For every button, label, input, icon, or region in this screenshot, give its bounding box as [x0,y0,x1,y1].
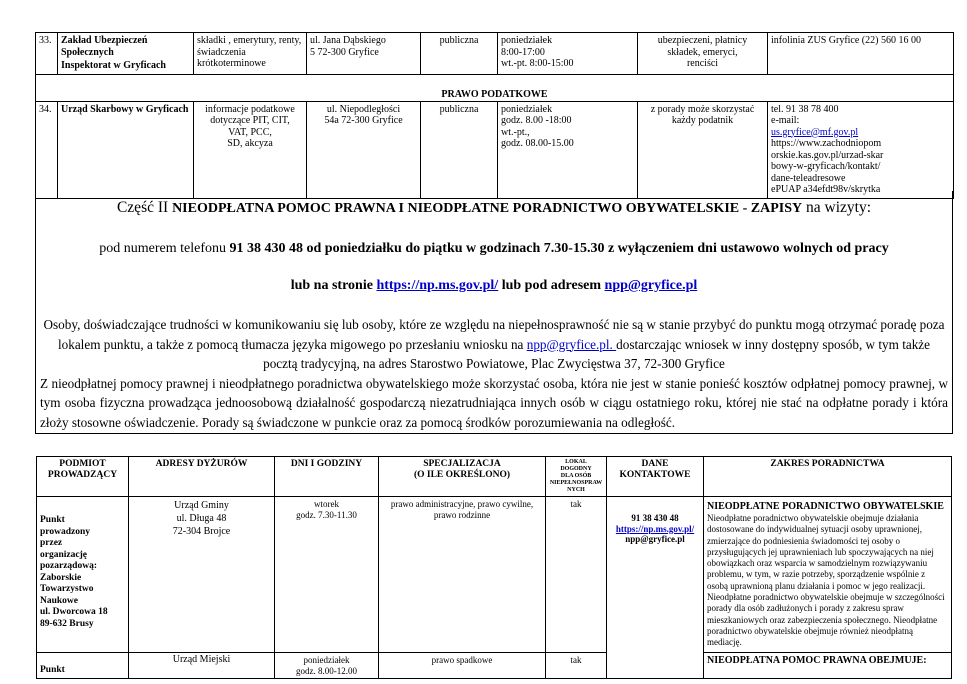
hours-line: wt.-pt. 8:00-15:00 [501,58,634,70]
contact-cell: infolinia ZUS Gryfice (22) 560 16 00 [768,33,954,75]
row-number: 34. [36,101,58,198]
scope-heading: NIEODPŁATNE PORADNICTWO OBYWATELSKIE [707,501,948,513]
for-whom-line: każdy podatnik [641,115,764,127]
title-prefix: Część II [117,199,172,216]
eligibility-paragraph: Z nieodpłatnej pomocy prawnej i nieodpła… [40,374,948,433]
hours-line: poniedziałek [278,655,375,666]
address-line: 72-304 Brojce [132,525,271,538]
for-whom-line: z porady może skorzystać [641,104,764,116]
operator-line: ul. Dworcowa 18 [40,607,125,619]
website-line: dane-teleadresowe [771,173,950,185]
table-row-34: 34. Urząd Skarbowy w Gryficach informacj… [36,101,954,198]
for-whom-cell: ubezpieczeni, płatnicy składek, emeryci,… [638,33,768,75]
header-line: NIEPEŁNOSPRAW [549,480,603,487]
header-contact: DANE KONTAKTOWE [607,457,704,497]
hours-cell: poniedziałek godz. 8.00 -18:00 wt.-pt., … [498,101,638,198]
request-email-link[interactable]: npp@gryfice.pl. [527,337,616,352]
header-line: PROWADZĄCY [40,470,125,481]
accessibility-paragraph: Osoby, doświadczające trudności w komuni… [40,315,948,374]
for-whom-line: składek, emeryci, [641,47,764,59]
hours-cell: wtorek godz. 7.30-11.30 [275,497,379,653]
header-specialization: SPECJALIZACJA (O ILE OKREŚLONO) [379,457,546,497]
operator-cell: Punkt [37,653,129,679]
header-line: KONTAKTOWE [610,470,700,481]
hours-line: poniedziałek [501,104,634,116]
contact-cell: tel. 91 38 78 400 e-mail: us.gryfice@mf.… [768,101,954,198]
institution-name: Zakład Ubezpieczeń Społecznych Inspektor… [58,33,194,75]
scope-line: dotyczące PIT, CIT, [197,115,303,127]
phone-hours: 91 38 430 48 od poniedziałku do piątku w… [230,241,889,256]
header-line: NYCH [549,487,603,494]
table-row: Punkt prowadzony przez organizację pozar… [37,497,952,653]
for-whom-cell: z porady może skorzystać każdy podatnik [638,101,768,198]
section-heading-row: PRAWO PODATKOWE [36,74,954,101]
institution-name: Urząd Skarbowy w Gryficach [58,101,194,198]
scope-cell: informacje podatkowe dotyczące PIT, CIT,… [194,101,307,198]
operator-line: 89-632 Brusy [40,619,125,631]
section-heading: PRAWO PODATKOWE [36,74,954,101]
booking-website-link[interactable]: https://np.ms.gov.pl/ [376,278,498,293]
hours-cell: poniedziałek godz. 8.00-12.00 [275,653,379,679]
contact-email: npp@gryfice.pl [610,534,700,545]
part-two-body: Osoby, doświadczające trudności w komuni… [40,315,948,432]
scope-line: składki , emerytury, renty, [197,35,303,47]
table-row-33: 33. Zakład Ubezpieczeń Społecznych Inspe… [36,33,954,75]
header-hours: DNI I GODZINY [275,457,379,497]
address-line: ul. Długa 48 [132,512,271,525]
scope-line: świadczenia [197,47,303,59]
contact-phone: 91 38 430 48 [610,513,700,524]
header-accessible: LOKAL DOGODNY DLA OSÓB NIEPEŁNOSPRAW NYC… [546,457,607,497]
name-line: Zakład Ubezpieczeń [61,35,190,47]
address-cell: Urząd Miejski [129,653,275,679]
scope-line: VAT, PCC, [197,127,303,139]
name-line: Społecznych [61,47,190,59]
operator-cell: Punkt prowadzony przez organizację pozar… [37,497,129,653]
email-link[interactable]: us.gryfice@mf.gov.pl [771,127,858,138]
web-prefix: lub na stronie [291,278,377,293]
hours-line: poniedziałek [501,35,634,47]
access-cell: publiczna [421,101,498,198]
address-line: ul. Jana Dąbskiego [310,35,417,47]
header-line: DANE [610,459,700,470]
address-cell: Urząd Gminy ul. Długa 48 72-304 Brojce [129,497,275,653]
part-two-box: Część II NIEODPŁATNA POMOC PRAWNA I NIEO… [35,191,953,434]
contact-website-link[interactable]: https://np.ms.gov.pl/ [616,524,694,534]
for-whom-line: ubezpieczeni, płatnicy [641,35,764,47]
hours-line: godz. 8.00-12.00 [278,666,375,677]
hours-line: 8:00-17:00 [501,47,634,59]
hours-line: godz. 08.00-15.00 [501,138,634,150]
address-line: 54a 72-300 Gryfice [310,115,417,127]
address-cell: ul. Jana Dąbskiego 5 72-300 Gryfice [307,33,421,75]
legal-aid-table: PODMIOT PROWADZĄCY ADRESY DYŻURÓW DNI I … [36,456,952,679]
scope-text: Nieodpłatne poradnictwo obywatelskie obe… [707,513,948,649]
operator-line: Punkt [40,515,125,527]
access-cell: publiczna [421,33,498,75]
scope-line: krótkoterminowe [197,58,303,70]
institutions-table: 33. Zakład Ubezpieczeń Społecznych Inspe… [35,32,954,199]
address-line: Urząd Gminy [132,499,271,512]
phone-prefix: pod numerem telefonu [99,241,229,256]
contact-cell: 91 38 430 48 https://np.ms.gov.pl/ npp@g… [607,497,704,679]
row-number: 33. [36,33,58,75]
hours-cell: poniedziałek 8:00-17:00 wt.-pt. 8:00-15:… [498,33,638,75]
for-whom-line: renciści [641,58,764,70]
name-line: Inspektorat w Gryficach [61,60,190,72]
web-middle: lub pod adresem [498,278,604,293]
accessible-cell: tak [546,497,607,653]
booking-web-line: lub na stronie https://np.ms.gov.pl/ lub… [36,278,952,294]
operator-line: Towarzystwo [40,584,125,596]
scope-heading: NIEODPŁATNA POMOC PRAWNA OBEJMUJE: [707,655,948,667]
booking-phone-line: pod numerem telefonu 91 38 430 48 od pon… [36,241,952,257]
website-line: bowy-w-gryficach/kontakt/ [771,161,950,173]
specialization-cell: prawo administracyjne, prawo cywilne, pr… [379,497,546,653]
operator-line: pozarządową: [40,561,125,573]
operator-line: przez [40,538,125,550]
header-line: PODMIOT [40,459,125,470]
scope-cell: składki , emerytury, renty, świadczenia … [194,33,307,75]
booking-email-link[interactable]: npp@gryfice.pl [605,278,698,293]
scope-cell: NIEODPŁATNA POMOC PRAWNA OBEJMUJE: [704,653,952,679]
accessible-cell: tak [546,653,607,679]
scope-line: informacje podatkowe [197,104,303,116]
scope-cell: NIEODPŁATNE PORADNICTWO OBYWATELSKIE Nie… [704,497,952,653]
header-addresses: ADRESY DYŻURÓW [129,457,275,497]
header-line: (O ILE OKREŚLONO) [382,470,542,481]
title-bold: NIEODPŁATNA POMOC PRAWNA I NIEODPŁATNE P… [172,201,802,216]
address-line: ul. Niepodległości [310,104,417,116]
header-row: PODMIOT PROWADZĄCY ADRESY DYŻURÓW DNI I … [37,457,952,497]
website-line: https://www.zachodniopom [771,138,950,150]
scope-line: SD, akcyza [197,138,303,150]
operator-line: organizację [40,550,125,562]
operator-line: prowadzony [40,527,125,539]
header-line: DLA OSÓB [549,473,603,480]
email-label: e-mail: [771,115,950,127]
operator-line: Zaborskie [40,573,125,585]
header-operator: PODMIOT PROWADZĄCY [37,457,129,497]
part-two-title: Część II NIEODPŁATNA POMOC PRAWNA I NIEO… [36,199,952,217]
header-scope: ZAKRES PORADNICTWA [704,457,952,497]
title-suffix: na wizyty: [802,199,871,216]
phone-text: tel. 91 38 78 400 [771,104,950,116]
address-line: 5 72-300 Gryfice [310,47,417,59]
website-line: orskie.kas.gov.pl/urzad-skar [771,150,950,162]
hours-line: godz. 8.00 -18:00 [501,115,634,127]
specialization-cell: prawo spadkowe [379,653,546,679]
operator-line: Naukowe [40,596,125,608]
address-cell: ul. Niepodległości 54a 72-300 Gryfice [307,101,421,198]
hours-line: godz. 7.30-11.30 [278,510,375,521]
hours-line: wt.-pt., [501,127,634,139]
hours-line: wtorek [278,499,375,510]
header-line: SPECJALIZACJA [382,459,542,470]
table-row: Punkt Urząd Miejski poniedziałek godz. 8… [37,653,952,679]
header-line: LOKAL DOGODNY [549,459,603,473]
